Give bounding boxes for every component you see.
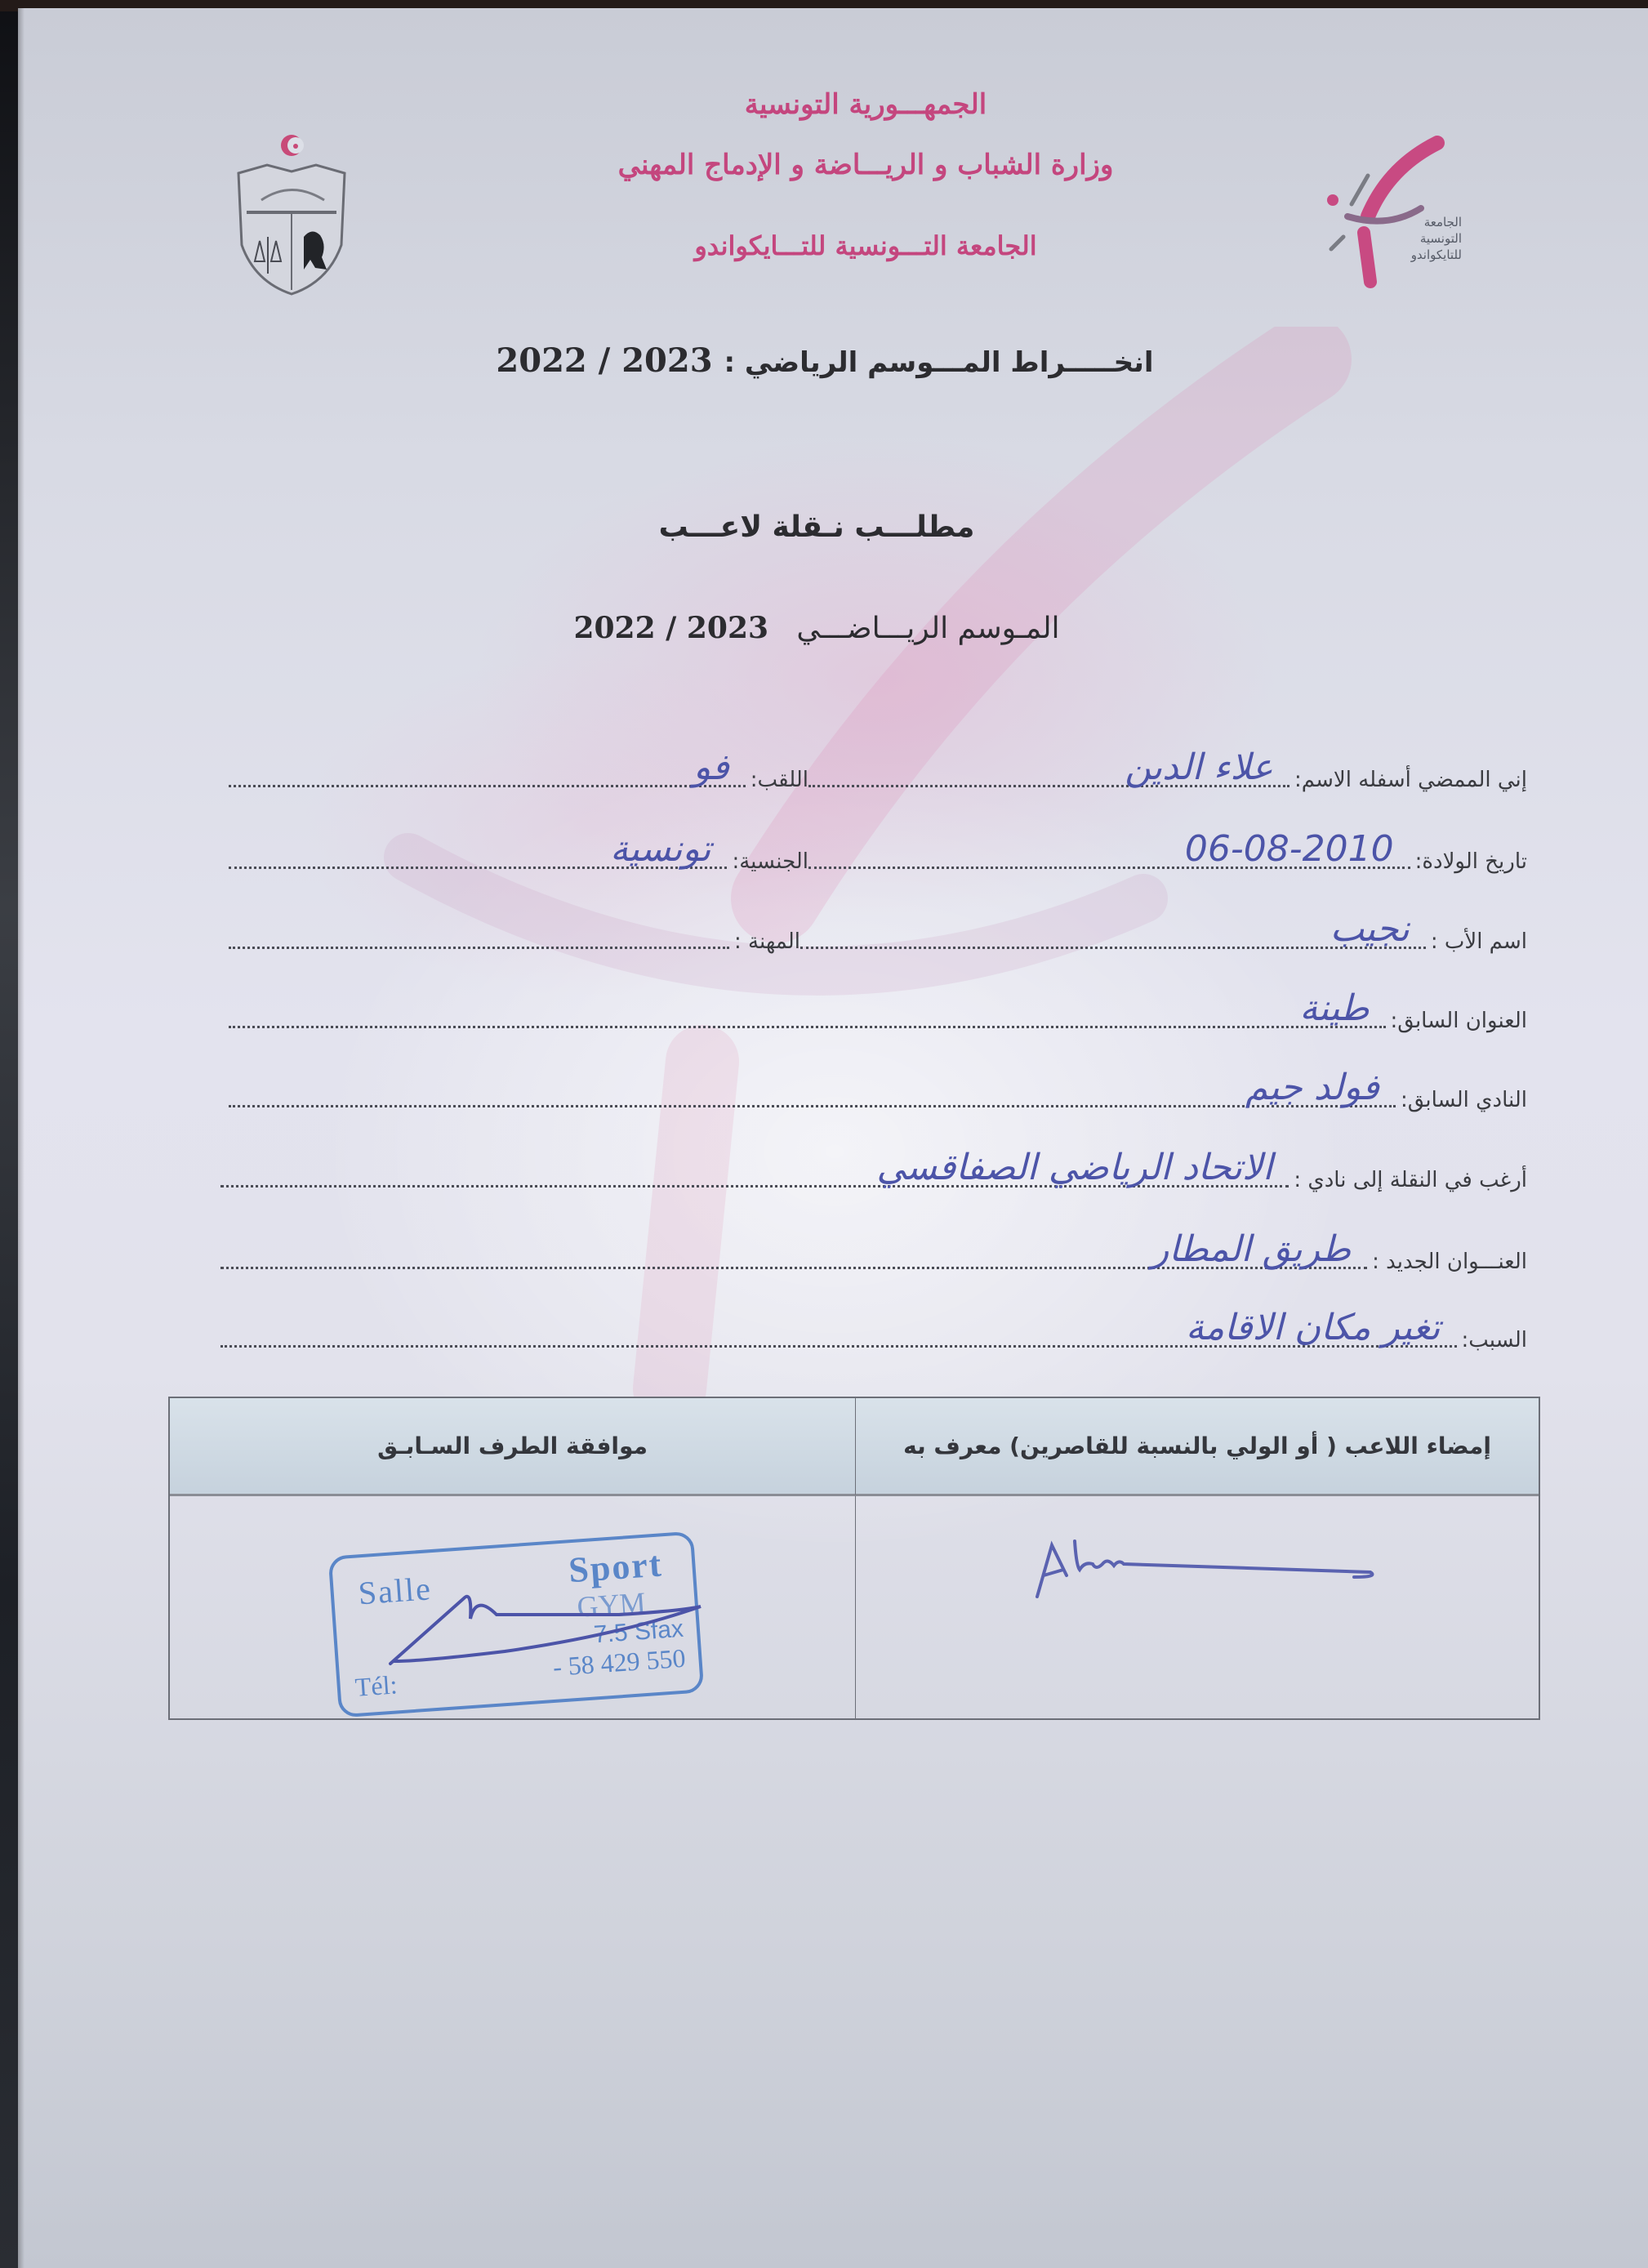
new-club-label: أرغب في النقلة إلى نادي : [1289, 1168, 1527, 1192]
new-address-value: طريق المطار [1151, 1228, 1351, 1270]
registration-label: انخـــــراط المـــوسم الرياضي : [724, 346, 1153, 379]
first-name-label: إني الممضي أسفله الاسم: [1289, 768, 1527, 792]
player-signature-cell[interactable] [856, 1496, 1539, 1718]
reason-field[interactable]: السبب: تغير مكان الاقامة [220, 1321, 1527, 1352]
previous-club-value: فولد جيم [1245, 1067, 1379, 1108]
new-club-value: الاتحاد الرياضي الصفاقسي [876, 1147, 1272, 1188]
reason-value: تغير مكان الاقامة [1186, 1307, 1441, 1348]
form-title: مطلـــب نـقلة لاعـــب [572, 510, 1062, 544]
logo-text-line-1: الجامعة [1388, 214, 1462, 230]
birth-date-field[interactable]: تاريخ الولادة: 06-08-2010 [808, 842, 1527, 874]
row-father: اسم الأب : نجيب المهنة : [229, 905, 1527, 954]
previous-address-value: طينة [1299, 987, 1369, 1029]
birth-date-value: 06-08-2010 [1185, 828, 1394, 870]
federation-logo-text: الجامعة التونسية للتايكواندو [1388, 214, 1462, 263]
father-name-field[interactable]: اسم الأب : نجيب [800, 922, 1527, 954]
registration-season: 2022 / 2023 [496, 341, 712, 380]
new-club-field[interactable]: أرغب في النقلة إلى نادي : الاتحاد الرياض… [220, 1161, 1527, 1192]
player-signature-header: إمضاء اللاعب ( أو الولي بالنسبة للقاصرين… [856, 1398, 1539, 1496]
row-birth: تاريخ الولادة: 06-08-2010 الجنسية: تونسي… [229, 825, 1527, 874]
profession-label: المهنة : [729, 929, 800, 954]
profession-field[interactable]: المهنة : [229, 922, 800, 954]
row-name: إني الممضي أسفله الاسم: علاء الدين اللقب… [229, 743, 1527, 792]
previous-party-signature-icon [374, 1570, 717, 1676]
nationality-label: الجنسية: [727, 849, 808, 874]
father-name-label: اسم الأب : [1426, 929, 1527, 954]
previous-party-approval-cell[interactable]: Salle Sport GYM 7.5 Sfax - 58 429 550 Té… [170, 1496, 856, 1718]
row-previous-club: النادي السابق: فولد جيم [229, 1063, 1527, 1112]
last-name-field[interactable]: اللقب: فو [229, 760, 808, 792]
ministry-heading: وزارة الشباب و الريـــاضة و الإدماج المه… [572, 149, 1160, 181]
form-season: المـوسم الريـــاضـــي 2022 / 2023 [531, 611, 1102, 645]
previous-address-label: العنوان السابق: [1386, 1009, 1528, 1033]
last-name-value: فو [693, 746, 729, 788]
row-new-club: أرغب في النقلة إلى نادي : الاتحاد الرياض… [220, 1143, 1527, 1192]
federation-heading: الجامعة التـــونسية للتـــايكواندو [572, 230, 1160, 261]
federation-logo-icon [1298, 127, 1462, 290]
logo-text-line-3: للتايكواندو [1388, 247, 1462, 263]
player-signature-icon [1027, 1525, 1403, 1615]
signature-table: موافقة الطرف السـابـق إمضاء اللاعب ( أو … [168, 1397, 1540, 1720]
nationality-field[interactable]: الجنسية: تونسية [229, 842, 808, 874]
registration-season-title: انخـــــراط المـــوسم الرياضي : 2022 / 2… [490, 341, 1160, 380]
previous-address-field[interactable]: العنوان السابق: طينة [229, 1001, 1527, 1033]
birth-date-label: تاريخ الولادة: [1410, 849, 1527, 874]
previous-club-label: النادي السابق: [1396, 1088, 1527, 1112]
row-new-address: العنـــوان الجديد : طريق المطار [220, 1225, 1527, 1274]
paper-shadow [18, 8, 24, 2268]
first-name-value: علاء الدين [1125, 746, 1273, 788]
reason-label: السبب: [1457, 1328, 1527, 1352]
logo-text-line-2: التونسية [1388, 230, 1462, 247]
new-address-label: العنـــوان الجديد : [1367, 1250, 1527, 1274]
watermark-logo-icon [245, 327, 1388, 1470]
row-previous-address: العنوان السابق: طينة [229, 984, 1527, 1033]
last-name-label: اللقب: [746, 768, 808, 792]
new-address-field[interactable]: العنـــوان الجديد : طريق المطار [220, 1242, 1527, 1274]
previous-party-approval-header: موافقة الطرف السـابـق [170, 1398, 856, 1496]
tunisia-coat-of-arms-icon [230, 123, 353, 302]
form-season-label: المـوسم الريـــاضـــي [796, 612, 1059, 645]
father-name-value: نجيب [1330, 908, 1410, 950]
first-name-field[interactable]: إني الممضي أسفله الاسم: علاء الدين [808, 760, 1527, 792]
row-reason: السبب: تغير مكان الاقامة [220, 1303, 1527, 1352]
republic-heading: الجمهـــورية التونسية [572, 88, 1160, 121]
form-season-value: 2022 / 2023 [573, 611, 768, 645]
nationality-value: تونسية [610, 828, 710, 870]
previous-club-field[interactable]: النادي السابق: فولد جيم [229, 1081, 1527, 1112]
